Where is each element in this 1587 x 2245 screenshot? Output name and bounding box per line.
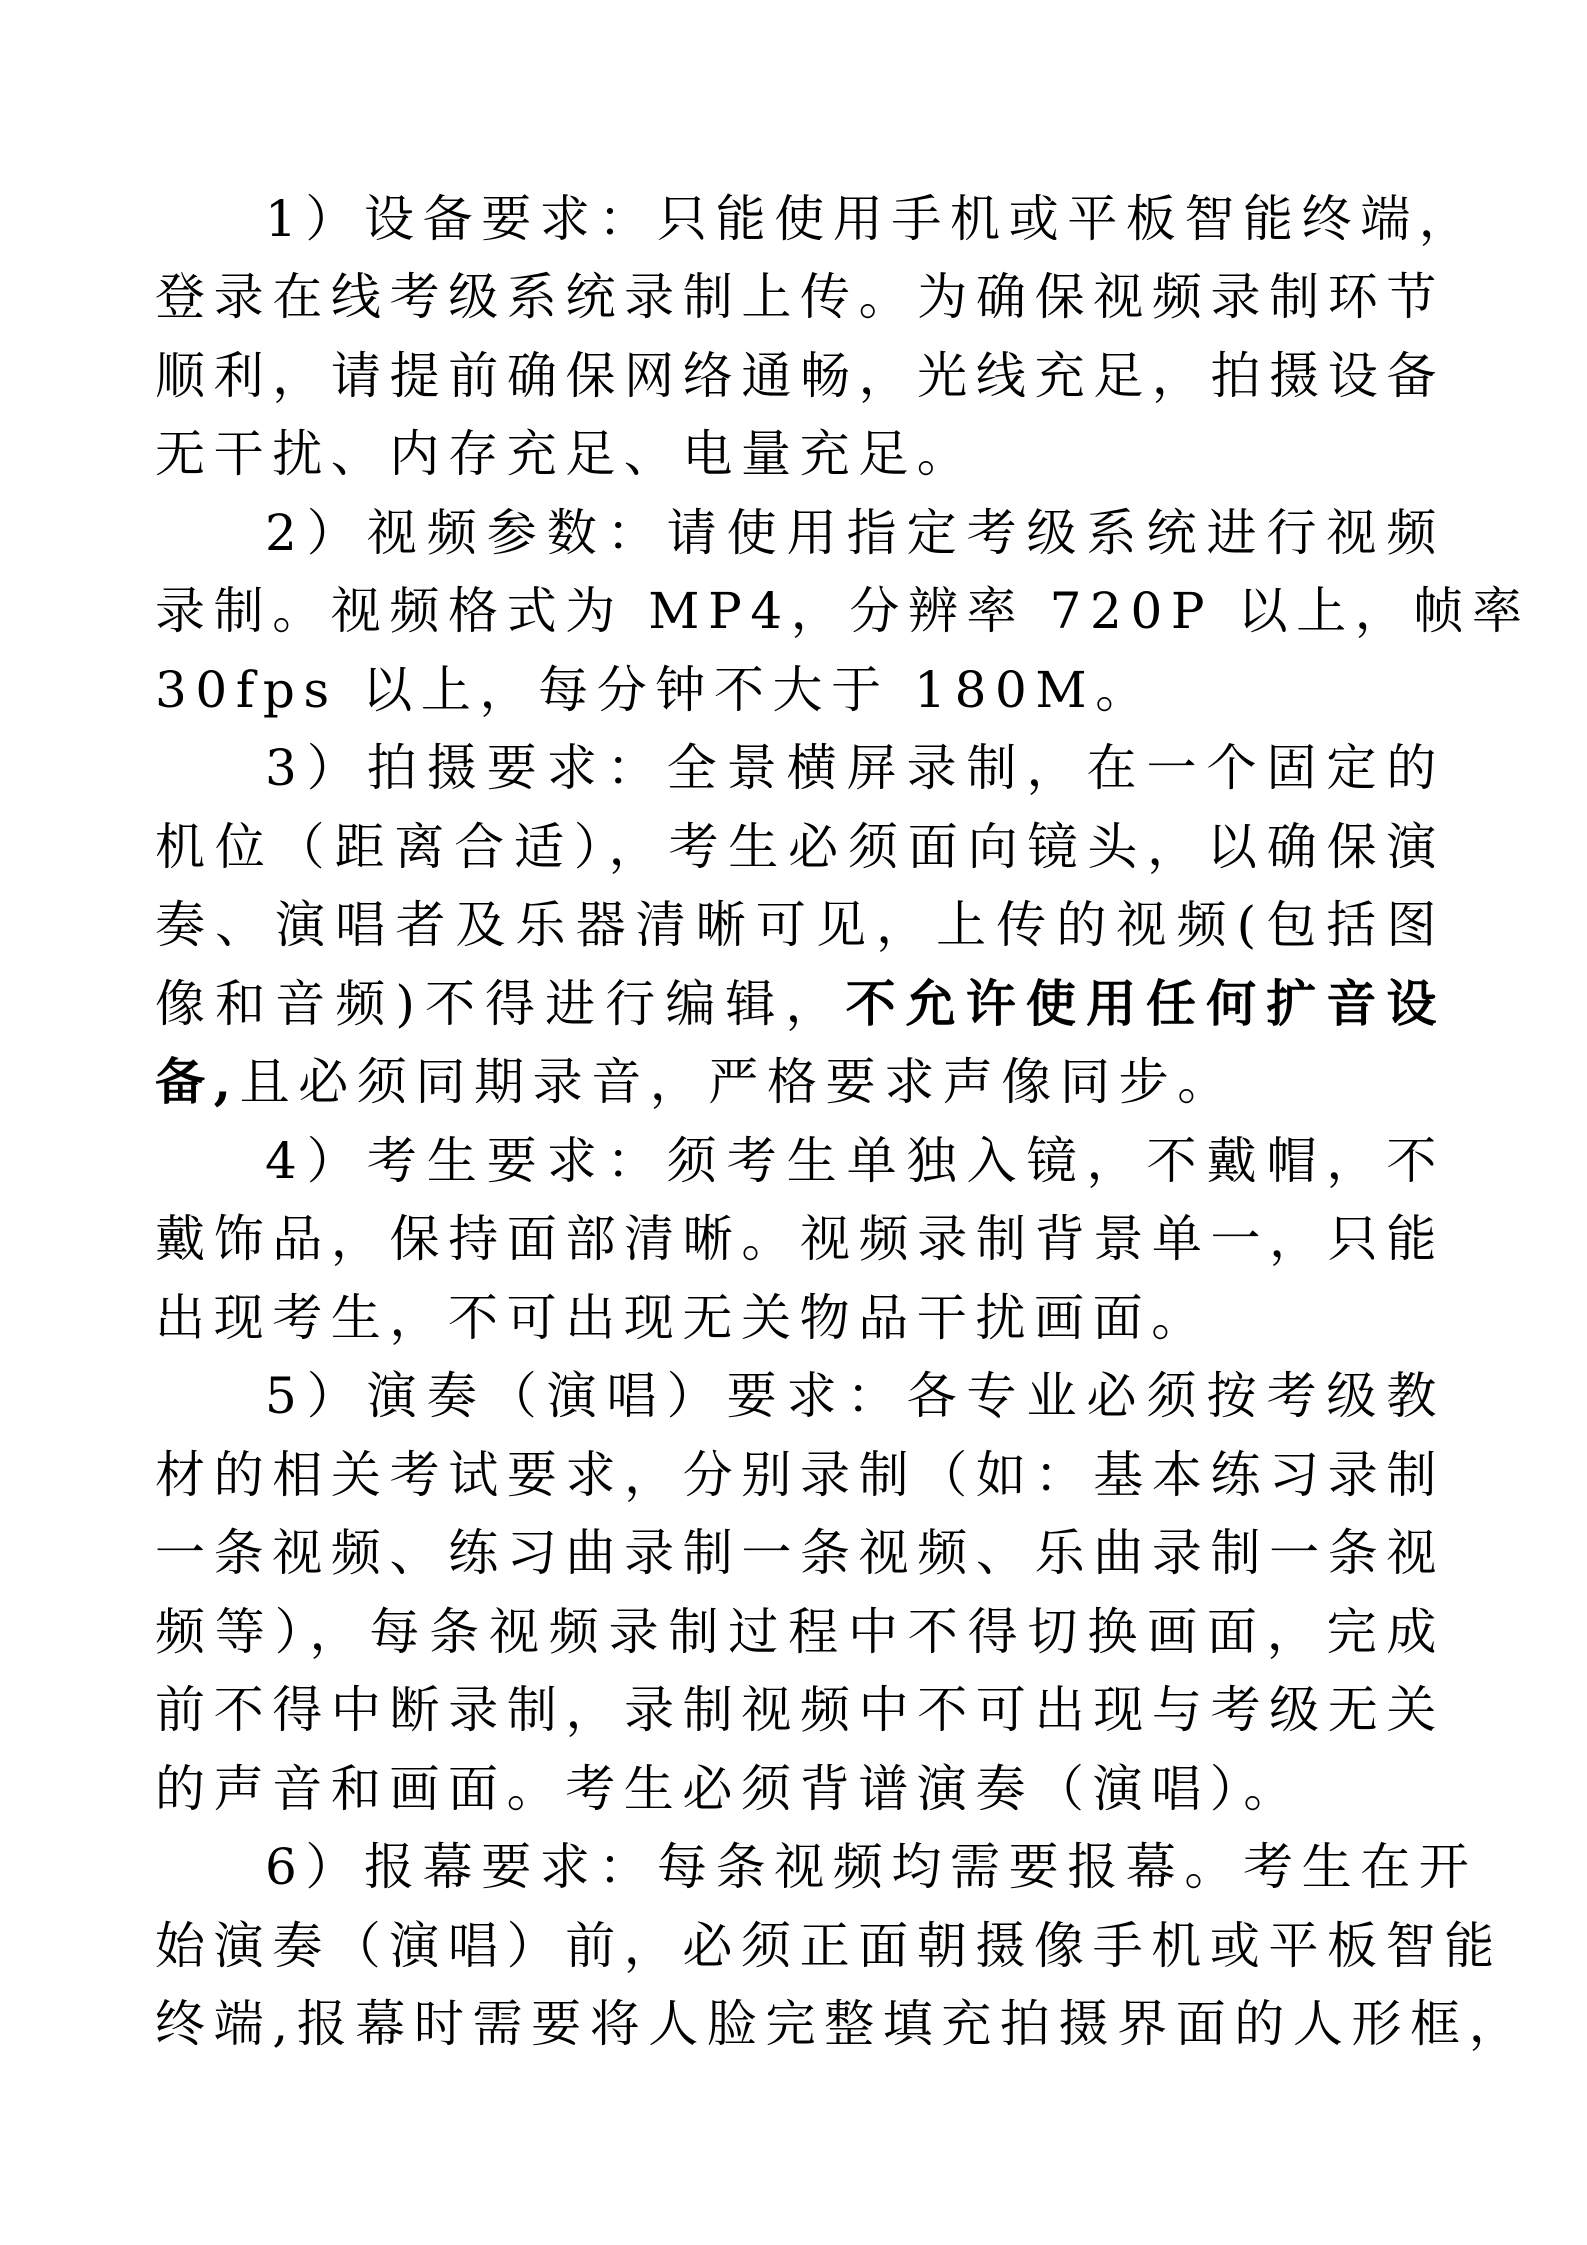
paragraph-5-line-2: 材的相关考试要求，分别录制（如：基本练习录制 xyxy=(155,1436,1445,1514)
paragraph-1-line-1: 1）设备要求：只能使用手机或平板智能终端， xyxy=(265,180,1445,258)
paragraph-1-line-4: 无干扰、内存充足、电量充足。 xyxy=(155,415,1445,493)
paragraph-3-line-4-normal: 像和音频)不得进行编辑， xyxy=(155,975,846,1033)
paragraph-4-line-2: 戴饰品，保持面部清晰。视频录制背景单一，只能 xyxy=(155,1200,1445,1278)
paragraph-4-line-1: 4）考生要求：须考生单独入镜，不戴帽，不 xyxy=(265,1122,1445,1200)
paragraph-3-line-4: 像和音频)不得进行编辑，不允许使用任何扩音设 xyxy=(155,965,1445,1043)
paragraph-1-line-2: 登录在线考级系统录制上传。为确保视频录制环节 xyxy=(155,258,1445,336)
document-page: 1）设备要求：只能使用手机或平板智能终端， 登录在线考级系统录制上传。为确保视频… xyxy=(0,0,1587,2245)
paragraph-2-line-2: 录制。视频格式为 MP4，分辨率 720P 以上，帧率 xyxy=(155,572,1445,650)
paragraph-4-line-3: 出现考生，不可出现无关物品干扰画面。 xyxy=(155,1279,1445,1357)
paragraph-5-line-4: 频等），每条视频录制过程中不得切换画面，完成 xyxy=(155,1593,1445,1671)
paragraph-6-line-3: 终端,报幕时需要将人脸完整填充拍摄界面的人形框， xyxy=(155,1985,1445,2063)
paragraph-2-line-1: 2）视频参数：请使用指定考级系统进行视频 xyxy=(265,494,1445,572)
paragraph-3-line-2: 机位（距离合适），考生必须面向镜头，以确保演 xyxy=(155,808,1445,886)
paragraph-3-line-3: 奏、演唱者及乐器清晰可见，上传的视频(包括图 xyxy=(155,886,1445,964)
paragraph-3-line-5: 备,且必须同期录音，严格要求声像同步。 xyxy=(155,1043,1445,1121)
paragraph-3-line-1: 3）拍摄要求：全景横屏录制，在一个固定的 xyxy=(265,729,1445,807)
paragraph-3-emphasis-no-amplifier: 不允许使用任何扩音设 xyxy=(846,974,1445,1033)
paragraph-3-line-5-normal: 且必须同期录音，严格要求声像同步。 xyxy=(240,1053,1236,1111)
paragraph-5-line-3: 一条视频、练习曲录制一条视频、乐曲录制一条视 xyxy=(155,1514,1445,1592)
paragraph-5-line-1: 5）演奏（演唱）要求：各专业必须按考级教 xyxy=(265,1357,1445,1435)
paragraph-2-line-3: 30fps 以上，每分钟不大于 180M。 xyxy=(155,651,1445,729)
paragraph-5-line-6: 的声音和画面。考生必须背谱演奏（演唱）。 xyxy=(155,1750,1445,1828)
paragraph-6-line-2: 始演奏（演唱）前，必须正面朝摄像手机或平板智能 xyxy=(155,1907,1445,1985)
paragraph-1-line-3: 顺利，请提前确保网络通畅，光线充足，拍摄设备 xyxy=(155,337,1445,415)
paragraph-6-line-1: 6）报幕要求：每条视频均需要报幕。考生在开 xyxy=(265,1828,1445,1906)
paragraph-5-line-5: 前不得中断录制，录制视频中不可出现与考级无关 xyxy=(155,1671,1445,1749)
paragraph-3-emphasis-continued: 备, xyxy=(155,1052,240,1111)
